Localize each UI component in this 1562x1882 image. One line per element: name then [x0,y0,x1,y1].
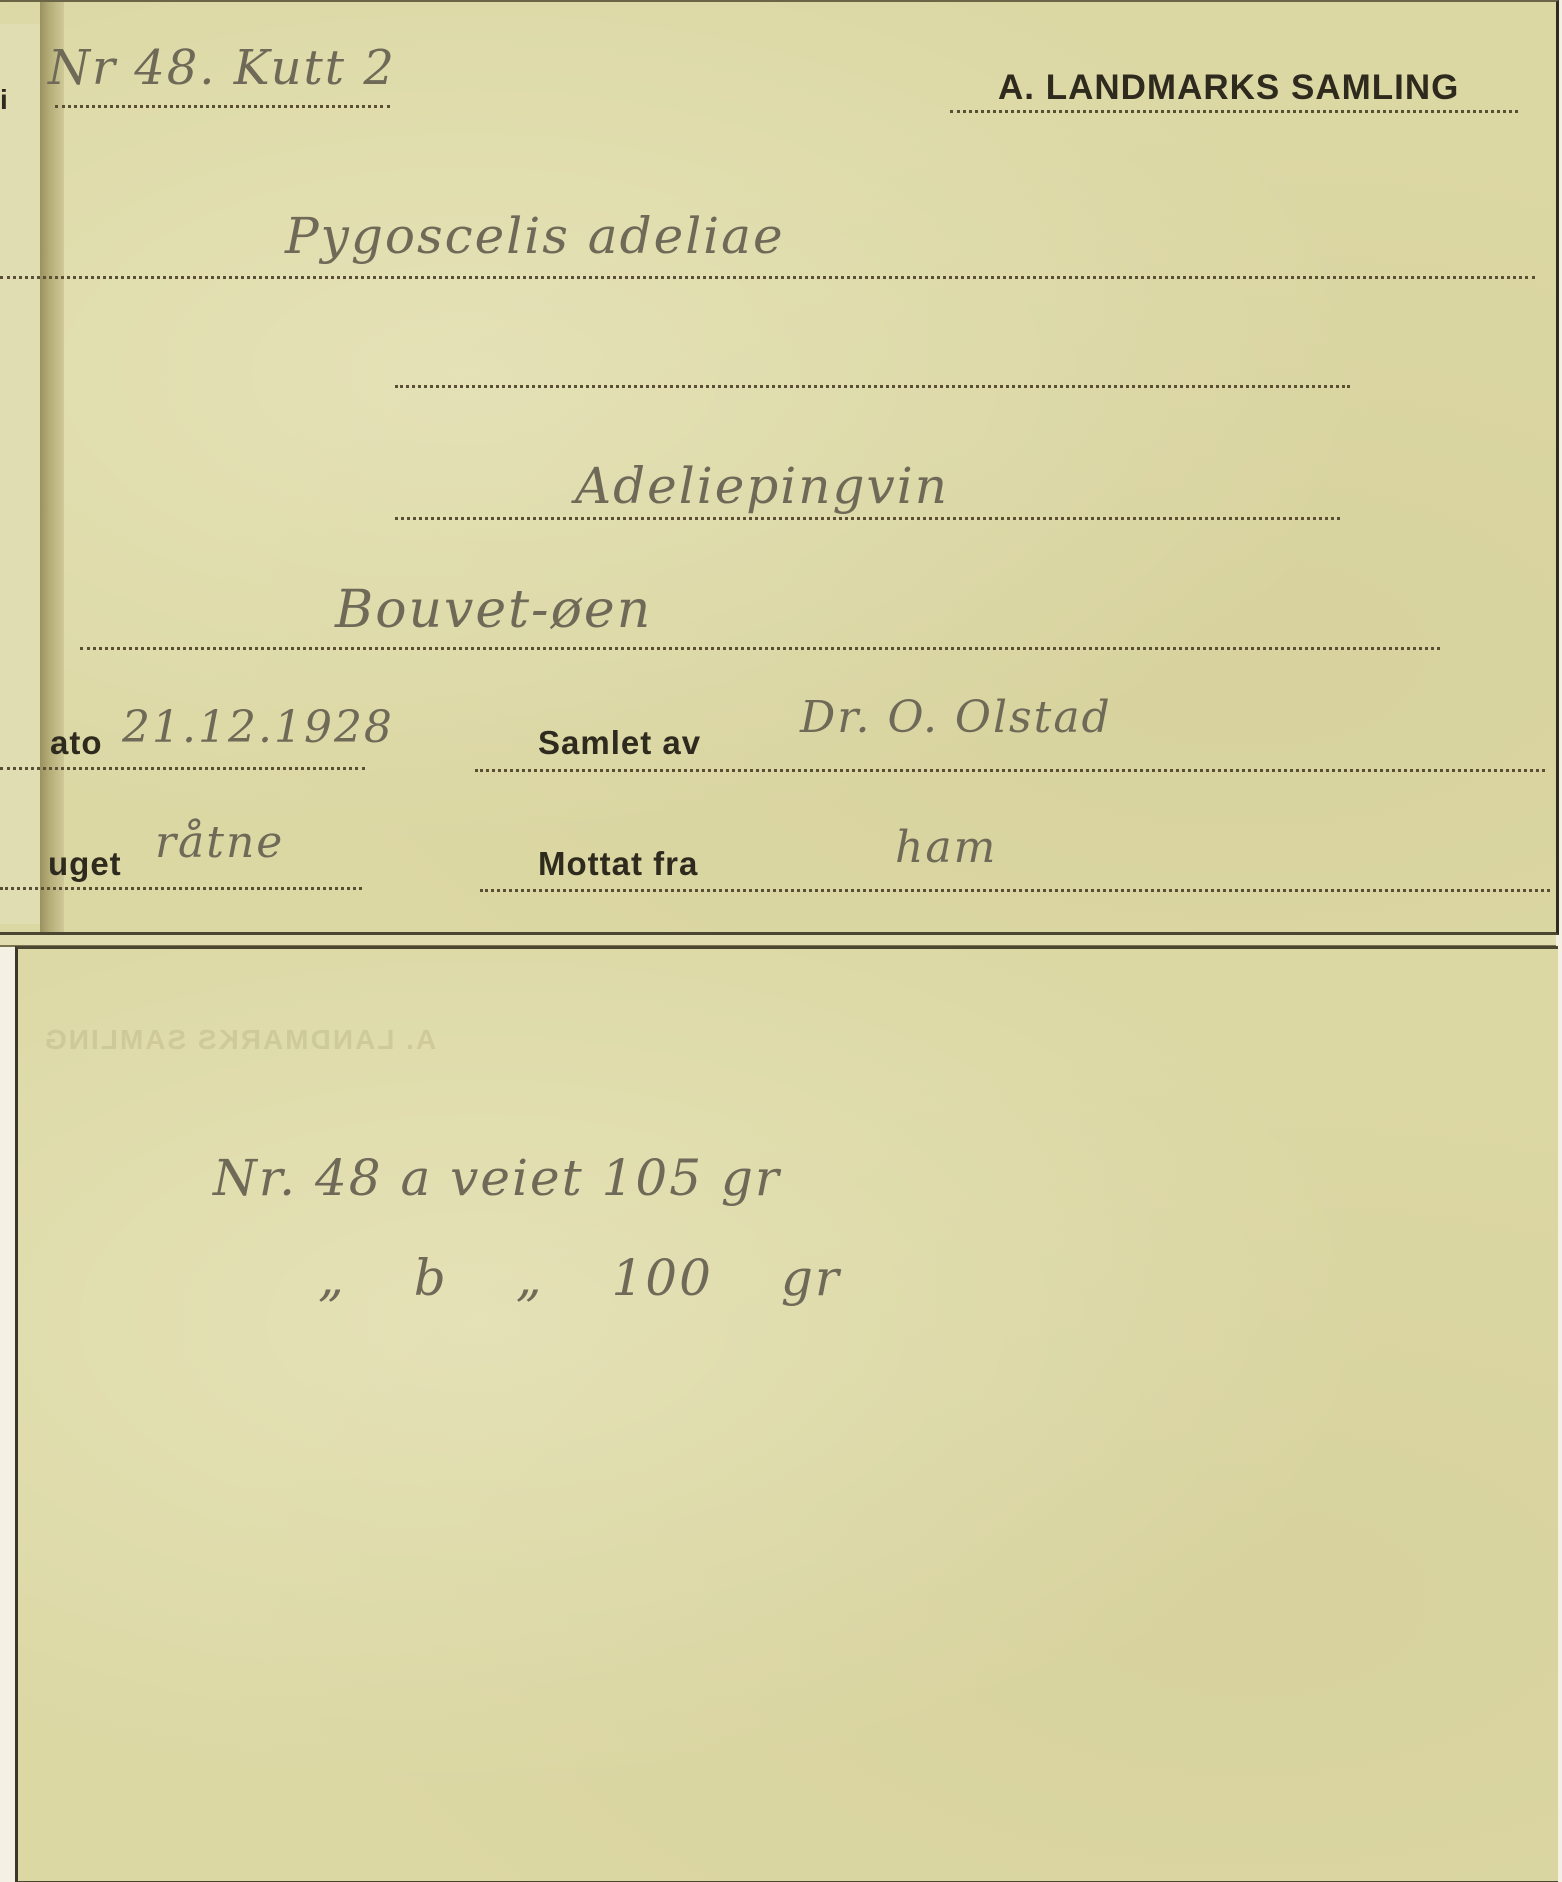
edge-fragment-text: i [0,84,9,116]
specimen-card-front: i Nr 48. Kutt 2 A. LANDMARKS SAMLING Pyg… [0,0,1559,935]
catalog-number-line [55,105,390,108]
date-value: 21.12.1928 [122,702,394,753]
condition-label: uget [48,845,122,883]
blank-line [395,385,1350,388]
collection-header: A. LANDMARKS SAMLING [998,68,1459,108]
locality-line [80,647,1440,650]
latin-name: Pygoscelis adeliae [285,207,785,265]
specimen-card-back: A. LANDMARKS SAMLING Nr. 48 a veiet 105 … [15,946,1558,1882]
received-from-line [480,889,1550,892]
received-from-label: Mottat fra [538,845,698,883]
latin-name-line [0,276,1535,279]
received-from-value: ham [895,822,997,873]
collected-by-value: Dr. O. Olstad [800,692,1112,743]
date-label: ato [50,724,103,762]
catalog-number: Nr 48. Kutt 2 [48,40,396,96]
weight-note-b: „ b „ 100 gr [318,1249,841,1307]
common-name: Adeliepingvin [575,457,949,515]
header-line [950,110,1518,113]
locality: Bouvet-øen [335,580,652,640]
card-shadow-strip [40,2,64,932]
common-name-line [395,517,1340,520]
mirrored-header-bleedthrough: A. LANDMARKS SAMLING [43,1024,436,1056]
collected-by-label: Samlet av [538,724,701,762]
condition-line [0,887,362,890]
date-line [0,767,365,770]
collected-by-line [475,769,1545,772]
weight-note-a: Nr. 48 a veiet 105 gr [213,1149,781,1207]
condition-value: råtne [155,817,284,868]
adjacent-card-edge: i [0,24,40,924]
